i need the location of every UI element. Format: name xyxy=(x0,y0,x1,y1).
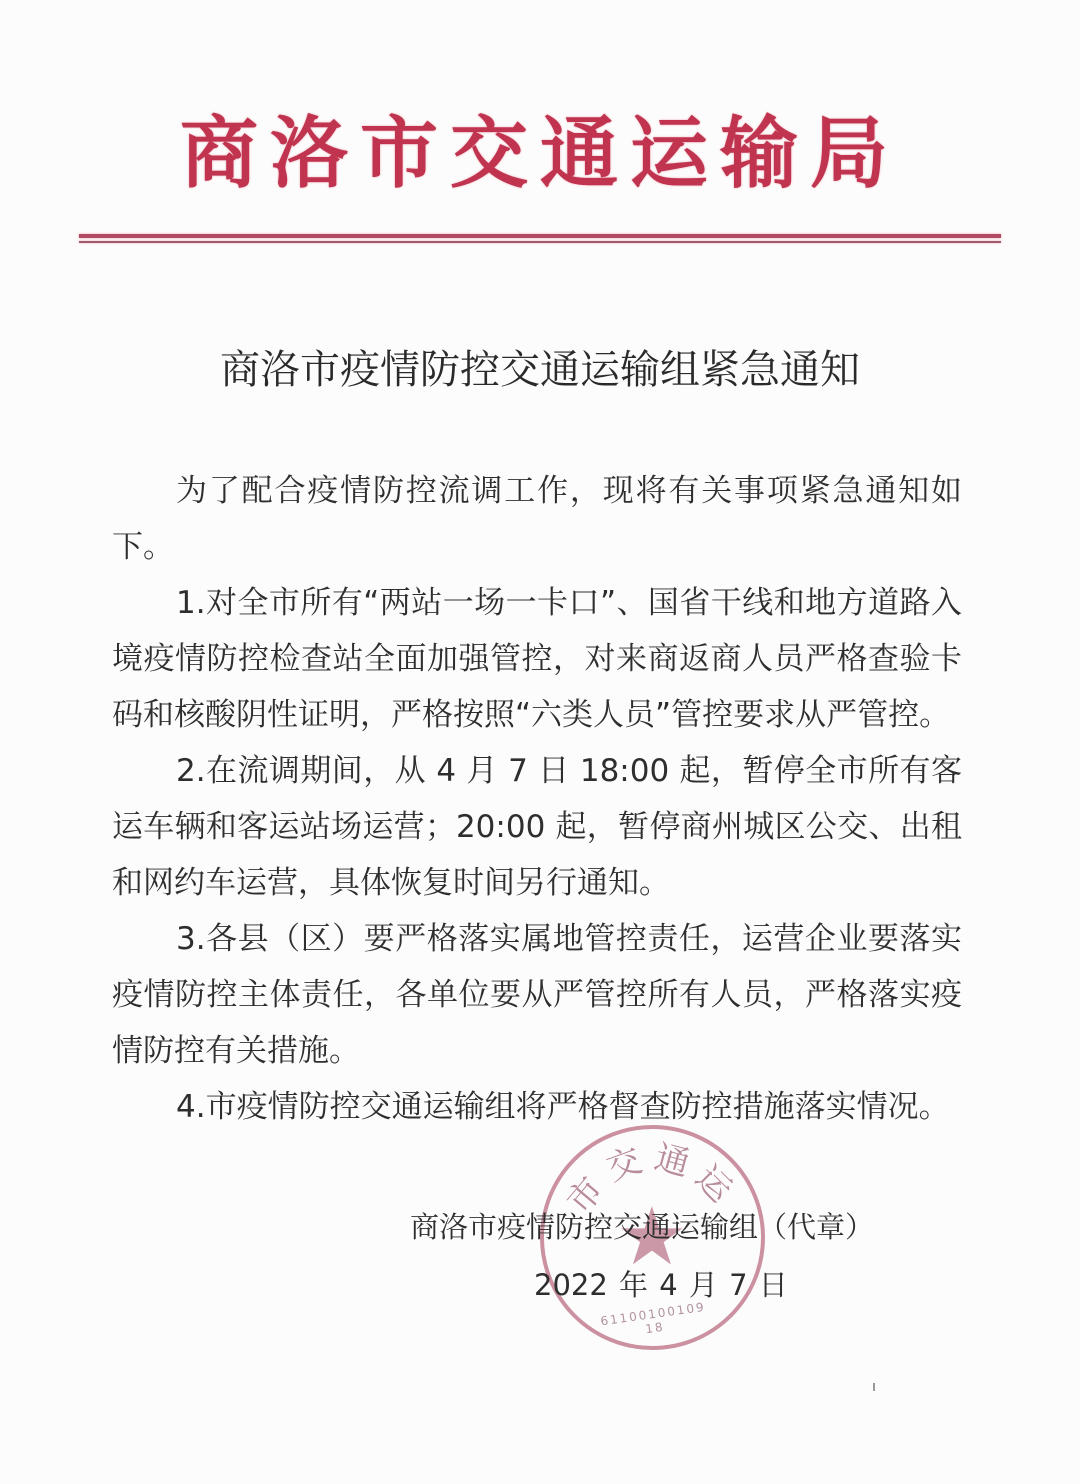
item-3-paragraph: 3.各县（区）要严格落实属地管控责任，运营企业要落实疫情防控主体责任，各单位要从… xyxy=(112,911,962,1079)
letterhead-title: 商洛市交通运输局 xyxy=(0,104,1080,204)
document-title: 商洛市疫情防控交通运输组紧急通知 xyxy=(0,340,1080,400)
item-1-paragraph: 1.对全市所有“两站一场一卡口”、国省干线和地方道路入境疫情防控检查站全面加强管… xyxy=(112,575,962,743)
item-2-paragraph: 2.在流调期间，从 4 月 7 日 18:00 起，暂停全市所有客运车辆和客运站… xyxy=(112,743,962,911)
seal-char: 通 xyxy=(650,1129,696,1185)
item-4-paragraph: 4.市疫情防控交通运输组将严格督查防控措施落实情况。 xyxy=(112,1079,962,1135)
letterhead-divider-thin xyxy=(79,241,1001,243)
issue-date: 2022 年 4 月 7 日 xyxy=(534,1258,788,1312)
document-body: 为了配合疫情防控流调工作，现将有关事项紧急通知如下。 1.对全市所有“两站一场一… xyxy=(112,463,962,1135)
intro-paragraph: 为了配合疫情防控流调工作，现将有关事项紧急通知如下。 xyxy=(112,463,962,575)
scan-speck xyxy=(873,1383,875,1391)
letterhead-divider-thick xyxy=(79,234,1001,238)
issuer-signature: 商洛市疫情防控交通运输组（代章） xyxy=(410,1200,874,1254)
seal-char: 交 xyxy=(599,1133,648,1191)
